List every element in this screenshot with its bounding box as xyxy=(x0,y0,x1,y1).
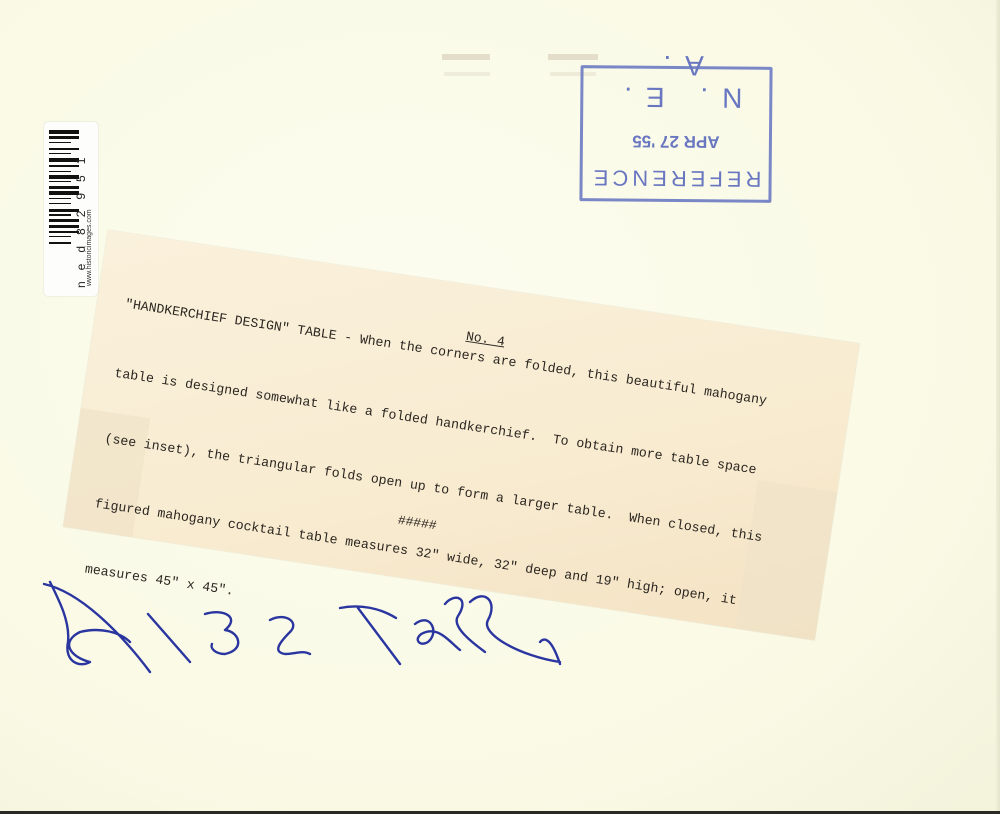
caption-line: (see inset), the triangular folds open u… xyxy=(103,428,818,557)
tape-residue xyxy=(444,72,490,76)
barcode-bar xyxy=(49,130,79,134)
barcode-bar xyxy=(49,236,71,237)
barcode-bar xyxy=(49,153,71,154)
barcode-bar xyxy=(49,142,71,143)
barcode-bar xyxy=(49,181,71,182)
barcode-bar xyxy=(49,242,71,243)
barcode-website: www.historicimages.com xyxy=(86,209,93,286)
stamp-reference: REFERENCE xyxy=(583,164,769,192)
reference-stamp: REFERENCE APR 27 '55 N. E. A. xyxy=(579,65,772,203)
barcode-bar xyxy=(49,203,71,204)
handwriting-strokes xyxy=(40,572,600,682)
paper-edge xyxy=(996,0,1000,814)
barcode-bar xyxy=(49,136,79,139)
barcode-label: ned82951 www.historicimages.com xyxy=(44,122,98,296)
barcode-bar xyxy=(49,198,71,199)
caption-line: table is designed somewhat like a folded… xyxy=(113,363,828,492)
handwritten-note: D132 Tab xyxy=(40,572,600,682)
stamp-agency: N. E. A. xyxy=(583,48,770,114)
tape-residue xyxy=(442,54,490,60)
barcode-bar xyxy=(49,171,71,172)
barcode-bar xyxy=(49,214,71,215)
stamp-date: APR 27 '55 xyxy=(583,130,769,152)
